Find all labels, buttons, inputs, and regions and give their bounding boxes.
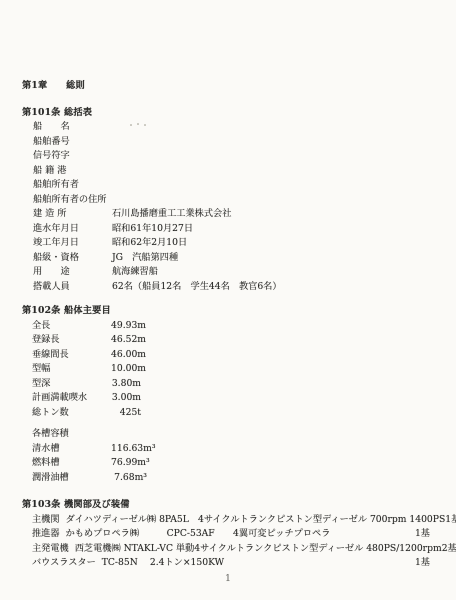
row-length-between-perpendiculars: 垂線間長 46.00m <box>32 348 456 363</box>
row-class-qualification: 船級・資格 JG 汽船第四種 <box>33 251 456 266</box>
field-value: 昭和62年2月10日 <box>112 236 187 251</box>
row-design-full-load-draft: 計画満載喫水 3.00m <box>32 391 456 406</box>
row-bow-thruster: バウスラスター TC-85N 2.4トン×150KW 1基 <box>32 556 456 571</box>
field-label: 清水槽 <box>32 442 111 457</box>
field-label: 推進器 <box>32 527 60 542</box>
row-molded-depth: 型深 3.80m <box>32 377 456 392</box>
field-label: 主機関 <box>32 513 60 528</box>
field-value: 7.68m³ <box>111 471 147 486</box>
field-label: 信号符字 <box>33 149 112 164</box>
field-label: 垂線間長 <box>32 348 111 363</box>
row-length-overall: 全長 49.93m <box>32 319 456 334</box>
field-label: 登録長 <box>32 333 111 348</box>
field-label: 船舶所有者 <box>33 178 112 193</box>
field-value: 3.80m <box>111 377 141 392</box>
row-main-generator: 主発電機 西芝電機㈱ NTAKL-VC 単動4サイクルトランクピストン型ディーゼ… <box>32 542 456 557</box>
field-value: 航海練習船 <box>112 265 158 280</box>
field-value: 10.00m <box>111 362 141 377</box>
equipment-spec: かもめプロペラ㈱ CPC-53AF 4翼可変ピッチプロペラ <box>66 527 331 542</box>
row-ship-number: 船舶番号 <box>33 135 456 150</box>
row-launch-date: 進水年月日 昭和61年10月27日 <box>33 222 456 237</box>
field-label: 建 造 所 <box>33 207 112 222</box>
page-number: 1 <box>0 573 456 585</box>
field-label: 全長 <box>32 319 111 334</box>
row-signal-letters: 信号符字 <box>33 149 456 164</box>
equipment-spec: 西芝電機㈱ NTAKL-VC 単動4サイクルトランクピストン型ディーゼル 480… <box>75 542 442 557</box>
row-registered-length: 登録長 46.52m <box>32 333 456 348</box>
unit-count: 1基 <box>415 527 430 542</box>
field-label: 船 籍 港 <box>33 164 112 179</box>
row-propeller: 推進器 かもめプロペラ㈱ CPC-53AF 4翼可変ピッチプロペラ 1基 <box>32 527 456 542</box>
field-label: 型幅 <box>32 362 111 377</box>
unit-count: 2基 <box>442 542 456 557</box>
row-ship-owner: 船舶所有者 <box>33 178 456 193</box>
field-label: 進水年月日 <box>33 222 112 237</box>
field-label: 計画満載喫水 <box>32 391 111 406</box>
field-value: 46.52m <box>111 333 141 348</box>
article-103-table: 主機関 ダイハツディーゼル㈱ 8PA5L 4サイクルトランクピストン型ディーゼル… <box>22 513 456 571</box>
field-label: 用 途 <box>33 265 112 280</box>
row-port-of-registry: 船 籍 港 <box>33 164 456 179</box>
field-label: 船舶番号 <box>33 135 112 150</box>
field-label: 型深 <box>32 377 111 392</box>
unit-count: 1基 <box>415 556 430 571</box>
row-fresh-water-tank: 清水槽 116.63m³ <box>32 442 456 457</box>
article-102-heading: 第102条 船体主要目 <box>22 304 456 319</box>
field-value: 石川島播磨重工工業株式会社 <box>112 207 231 222</box>
chapter-heading: 第1章 総則 <box>22 79 456 94</box>
article-102-table: 全長 49.93m 登録長 46.52m 垂線間長 46.00m 型幅 10.0… <box>22 319 456 421</box>
field-value: 49.93m <box>111 319 141 334</box>
row-lubricating-oil-tank: 潤滑油槽 7.68m³ <box>32 471 456 486</box>
tank-capacity-heading: 各槽容積 <box>32 427 456 442</box>
row-gross-tonnage: 総トン数 425t <box>32 406 456 421</box>
unit-count: 1基 <box>445 513 456 528</box>
field-value: 3.00m <box>111 391 141 406</box>
field-label: 搭載人員 <box>33 280 112 295</box>
article-101-table: 船 名 船舶番号 信号符字 船 籍 港 船舶所有者 船舶所有者の住所 建 造 所… <box>22 120 456 294</box>
row-owner-address: 船舶所有者の住所 <box>33 193 456 208</box>
field-value: 76.99m³ <box>111 456 147 471</box>
field-label: 船 名 <box>33 120 112 135</box>
field-value: 425t <box>111 406 141 421</box>
row-ship-name: 船 名 <box>33 120 456 135</box>
field-label: 船舶所有者の住所 <box>33 193 112 208</box>
field-value: 62名（船員12名 学生44名 教官6名） <box>112 280 282 295</box>
article-101-heading: 第101条 総括表 <box>22 106 456 121</box>
field-value: 昭和61年10月27日 <box>112 222 193 237</box>
field-label: 燃料槽 <box>32 456 111 471</box>
field-label: 潤滑油槽 <box>32 471 111 486</box>
row-builder: 建 造 所 石川島播磨重工工業株式会社 <box>33 207 456 222</box>
tank-capacity-table: 清水槽 116.63m³ 燃料槽 76.99m³ 潤滑油槽 7.68m³ <box>22 442 456 486</box>
equipment-spec: ダイハツディーゼル㈱ 8PA5L 4サイクルトランクピストン型ディーゼル 700… <box>66 513 446 528</box>
field-label: 船級・資格 <box>33 251 112 266</box>
scanned-document-page: 第1章 総則 第101条 総括表 船 名 船舶番号 信号符字 船 籍 港 船舶所… <box>0 0 456 600</box>
row-main-engine: 主機関 ダイハツディーゼル㈱ 8PA5L 4サイクルトランクピストン型ディーゼル… <box>32 513 456 528</box>
field-label: 主発電機 <box>32 542 69 557</box>
field-label: 竣工年月日 <box>33 236 112 251</box>
article-103-heading: 第103条 機関部及び装備 <box>22 498 456 513</box>
field-value: 116.63m³ <box>111 442 147 457</box>
field-label: 総トン数 <box>32 406 111 421</box>
scan-speckle-marks <box>130 123 148 126</box>
field-label: バウスラスター <box>32 556 96 571</box>
row-fuel-tank: 燃料槽 76.99m³ <box>32 456 456 471</box>
field-value: 46.00m <box>111 348 141 363</box>
row-completion-date: 竣工年月日 昭和62年2月10日 <box>33 236 456 251</box>
equipment-spec: TC-85N 2.4トン×150KW <box>102 556 224 571</box>
row-personnel: 搭載人員 62名（船員12名 学生44名 教官6名） <box>33 280 456 295</box>
row-purpose: 用 途 航海練習船 <box>33 265 456 280</box>
row-molded-breadth: 型幅 10.00m <box>32 362 456 377</box>
field-value: JG 汽船第四種 <box>112 251 178 266</box>
